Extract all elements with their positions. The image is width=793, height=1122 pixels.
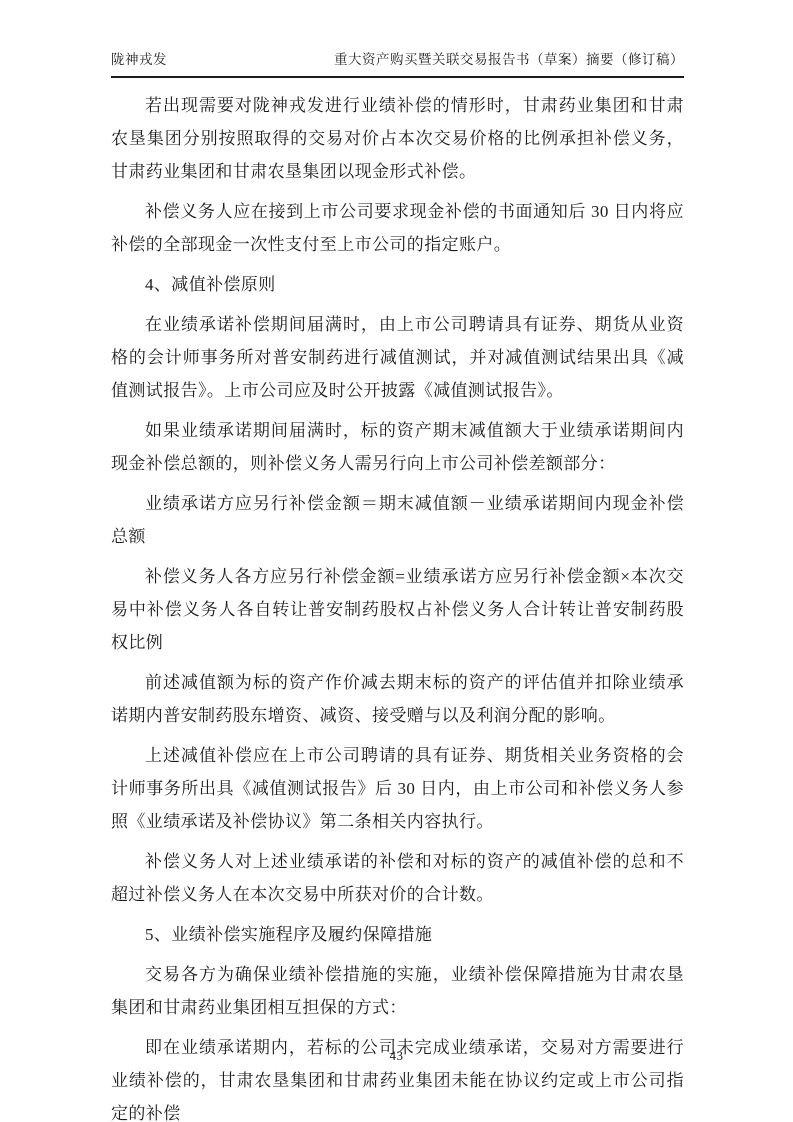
header-report-title: 重大资产购买暨关联交易报告书（草案）摘要（修订稿）	[334, 50, 684, 70]
formula-additional-compensation: 业绩承诺方应另行补偿金额＝期末减值额－业绩承诺期间内现金补偿总额	[111, 487, 684, 553]
paragraph-compensation-cap: 补偿义务人对上述业绩承诺的补偿和对标的资产的减值补偿的总和不超过补偿义务人在本次…	[111, 845, 684, 911]
document-page: 陇神戎发 重大资产购买暨关联交易报告书（草案）摘要（修订稿） 若出现需要对陇神戎…	[0, 0, 793, 1122]
paragraph-impairment-test: 在业绩承诺补偿期间届满时，由上市公司聘请具有证券、期货从业资格的会计师事务所对普…	[111, 308, 684, 407]
page-number: 43	[0, 1048, 793, 1064]
paragraph-mutual-guarantee: 交易各方为确保业绩补偿措施的实施，业绩补偿保障措施为甘肃农垦集团和甘肃药业集团相…	[111, 958, 684, 1024]
formula-party-share-compensation: 补偿义务人各方应另行补偿金额=业绩承诺方应另行补偿金额×本次交易中补偿义务人各自…	[111, 560, 684, 659]
paragraph-impairment-definition: 前述减值额为标的资产作价减去期末标的资产的评估值并扣除业绩承诺期内普安制药股东增…	[111, 666, 684, 732]
document-body: 若出现需要对陇神戎发进行业绩补偿的情形时，甘肃药业集团和甘肃农垦集团分别按照取得…	[111, 89, 684, 1122]
paragraph-compensation-scenario: 若出现需要对陇神戎发进行业绩补偿的情形时，甘肃药业集团和甘肃农垦集团分别按照取得…	[111, 89, 684, 188]
header-company-name: 陇神戎发	[111, 50, 167, 70]
section-heading-4-impairment-principle: 4、减值补偿原则	[111, 268, 684, 301]
paragraph-cash-payment-deadline: 补偿义务人应在接到上市公司要求现金补偿的书面通知后 30 日内将应补偿的全部现金…	[111, 195, 684, 261]
section-heading-5-implementation-safeguards: 5、业绩补偿实施程序及履约保障措施	[111, 918, 684, 951]
paragraph-guarantee-trigger: 即在业绩承诺期内，若标的公司未完成业绩承诺，交易对方需要进行业绩补偿的，甘肃农垦…	[111, 1031, 684, 1122]
paragraph-impairment-difference: 如果业绩承诺期间届满时，标的资产期末减值额大于业绩承诺期间内现金补偿总额的，则补…	[111, 414, 684, 480]
paragraph-execution-after-report: 上述减值补偿应在上市公司聘请的具有证券、期货相关业务资格的会计师事务所出具《减值…	[111, 739, 684, 838]
page-header: 陇神戎发 重大资产购买暨关联交易报告书（草案）摘要（修订稿）	[111, 50, 684, 78]
